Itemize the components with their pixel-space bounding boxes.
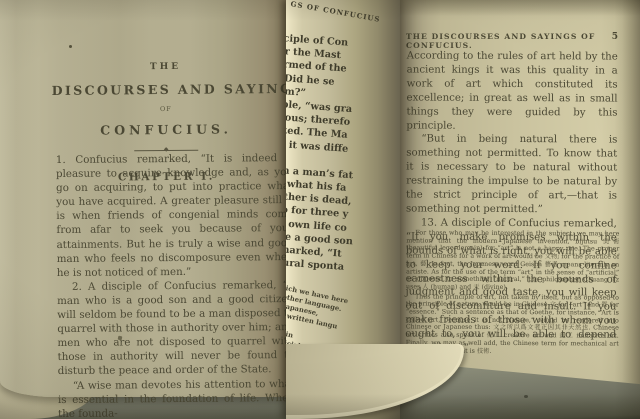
printer-signature-mark [118,336,123,341]
paragraph: 1. Confucius remarked, “It is indeed a p… [56,151,294,280]
title-confucius: CONFUCIUS. [52,121,280,138]
title-the: THE [51,61,279,73]
footnote-paragraph: For those who may be interested in the s… [406,229,619,292]
left-book-page: THE DISCOURSES AND SAYINGS OF CONFUCIUS.… [0,0,296,397]
paragraph: “But in being natural there is something… [406,133,617,218]
table-speck [524,395,528,398]
title-of: OF [52,104,280,114]
left-page-body: 1. Confucius remarked, “It is indeed a p… [56,151,295,419]
page-number: 5 [612,32,618,42]
turned-page-header-fragment: GS OF CONFUCIUS [290,0,381,24]
paragraph: 2. A disciple of Confucius remarked, “A … [57,278,295,379]
paper-speck [69,45,72,48]
title-main: DISCOURSES AND SAYINGS [52,81,280,98]
turned-page-body-fragments: disciple of Conever the Mastnformed of t… [286,32,367,276]
footnote-block: For those who may be interested in the s… [406,229,620,357]
paragraph: According to the rules of art held by th… [406,49,617,134]
paragraph: “A wise man devotes his attention to wha… [58,376,295,419]
running-header-text: THE DISCOURSES AND SAYINGS OF CONFUCIUS. [406,32,618,50]
running-header: THE DISCOURSES AND SAYINGS OF CONFUCIUS.… [406,32,618,50]
